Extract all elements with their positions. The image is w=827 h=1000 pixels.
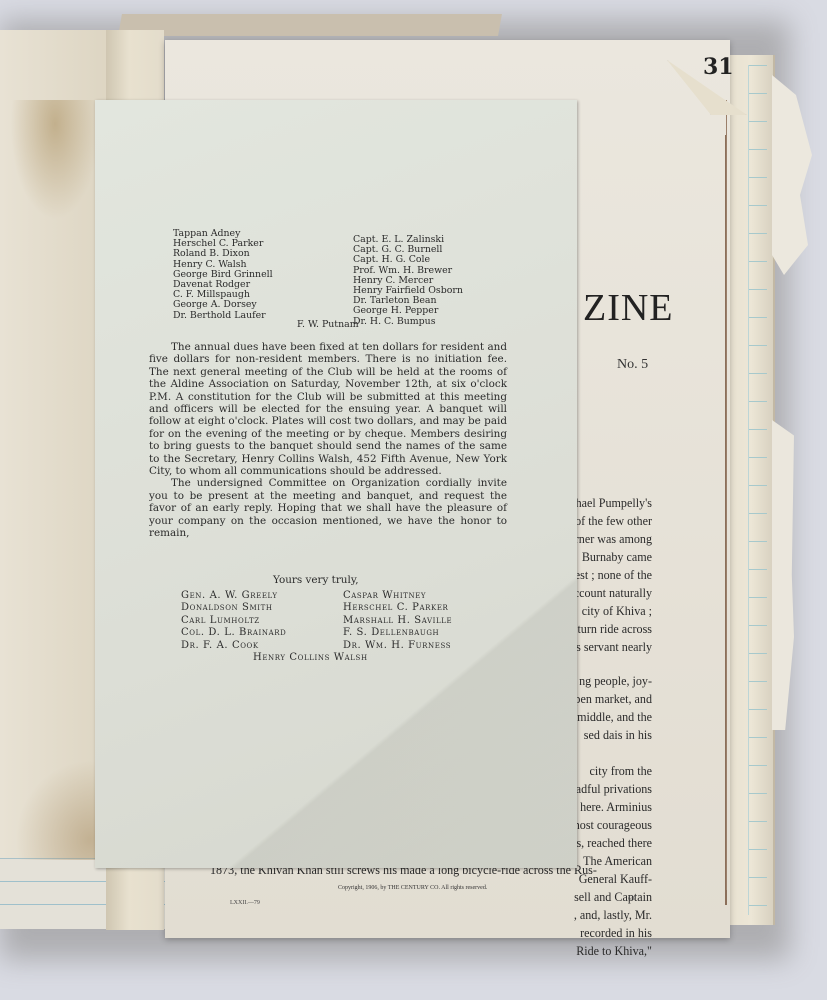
signature-mark: LXXII.—79 <box>230 900 260 906</box>
torn-page-fragment <box>772 75 812 275</box>
signatory-name: Dr. F. A. Cook <box>181 640 286 652</box>
signatory-name: Dr. Wm. H. Furness <box>343 640 452 652</box>
letter-body: The annual dues have been fixed at ten d… <box>149 341 507 540</box>
text-line: recorded in his <box>552 924 652 942</box>
top-page-edges <box>118 14 502 36</box>
signatory-name: F. S. Dellenbaugh <box>343 627 452 639</box>
pasted-letter: Tappan Adney Herschel C. Parker Roland B… <box>95 100 577 868</box>
magazine-title-fragment: ZINE <box>583 286 674 330</box>
member-name: Dr. Berthold Laufer <box>173 311 273 321</box>
page-number-text: 31 <box>703 54 734 80</box>
text-line: , and, lastly, Mr. <box>552 906 652 924</box>
signatory-name: Marshall H. Saville <box>343 615 452 627</box>
torn-page-fragment <box>772 420 794 730</box>
signatories-right: Caspar Whitney Herschel C. Parker Marsha… <box>343 590 452 652</box>
member-list-left: Tappan Adney Herschel C. Parker Roland B… <box>173 229 273 321</box>
copyright-notice: Copyright, 1906, by THE CENTURY CO. All … <box>338 885 487 891</box>
scrapbook-page-number: 31 <box>703 54 734 80</box>
invitation-paragraph: The undersigned Committee on Organizatio… <box>149 477 507 539</box>
text-line: sell and Captain <box>552 888 652 906</box>
member-center: F. W. Putnam <box>297 320 359 330</box>
page-border-line <box>726 100 727 890</box>
signatory-name: Carl Lumholtz <box>181 615 286 627</box>
member-name: Dr. H. C. Bumpus <box>353 317 463 327</box>
signatory-secretary: Henry Collins Walsh <box>253 652 368 664</box>
signatories-left: Gen. A. W. Greely Donaldson Smith Carl L… <box>181 590 286 652</box>
signatory-name: Herschel C. Parker <box>343 602 452 614</box>
folio-number: 645 <box>628 897 636 902</box>
letter-closing: Yours very truly, <box>273 574 359 586</box>
signatory-name: Caspar Whitney <box>343 590 452 602</box>
member-list-right: Capt. E. L. Zalinski Capt. G. C. Burnell… <box>353 235 463 327</box>
signatory-name: Gen. A. W. Greely <box>181 590 286 602</box>
text-line: Ride to Khiva," <box>552 942 652 960</box>
issue-number: No. 5 <box>617 357 648 373</box>
dues-paragraph: The annual dues have been fixed at ten d… <box>149 341 507 477</box>
signatory-name: Col. D. L. Brainard <box>181 627 286 639</box>
water-stain <box>10 100 100 220</box>
signatory-name: Donaldson Smith <box>181 602 286 614</box>
